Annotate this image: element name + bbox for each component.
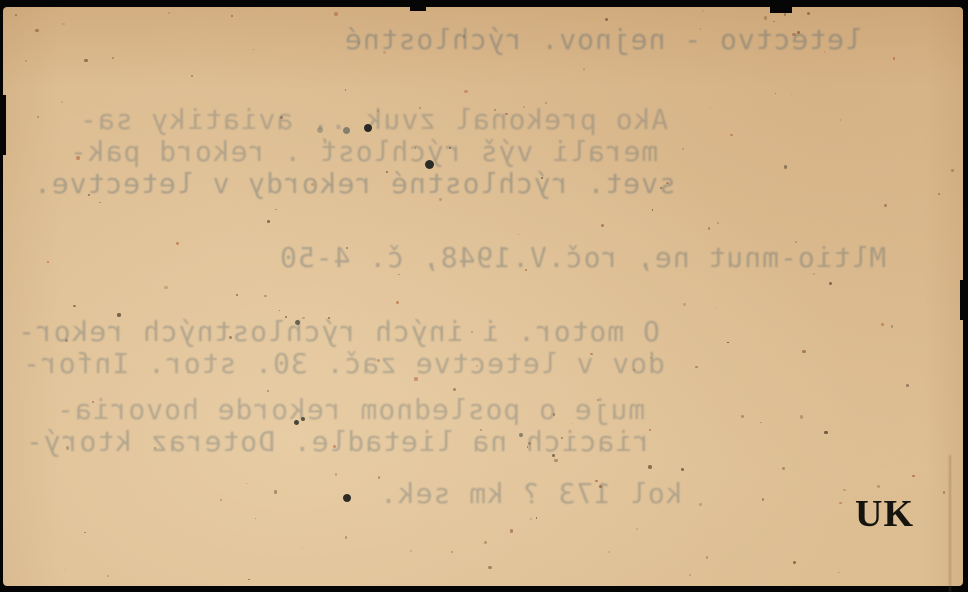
speckle	[231, 15, 233, 17]
speckle	[248, 579, 249, 580]
speckle	[891, 325, 894, 328]
speckle	[255, 518, 256, 519]
speckle	[65, 569, 66, 570]
speckle	[906, 384, 909, 387]
ink-dot	[343, 494, 351, 502]
scan-edge-notch	[0, 95, 6, 155]
ink-dot	[317, 127, 323, 133]
speckle	[246, 483, 247, 484]
library-stamp: UK	[855, 492, 914, 536]
speckle	[843, 489, 845, 491]
speckle	[279, 310, 280, 311]
speckle	[61, 101, 63, 103]
speckle	[764, 16, 768, 20]
speckle	[648, 465, 651, 468]
bleed-text-line: muje o poslednom rekorde hovoria-	[56, 394, 645, 426]
speckle	[636, 528, 638, 530]
bleed-text-line: Ako prekonal zvuk .. aviatiky sa-	[79, 104, 668, 136]
ink-dot	[343, 127, 350, 134]
speckle	[716, 307, 717, 308]
speckle	[84, 532, 85, 533]
bleed-text-line: kol 173 ? km sek.	[379, 478, 683, 510]
bleed-text-line: svet. rýchlostné rekordy v letectve.	[33, 168, 676, 200]
speckle	[912, 475, 914, 477]
speckle	[510, 529, 513, 532]
speckle	[464, 90, 467, 93]
speckle	[15, 14, 17, 16]
speckle	[334, 12, 337, 15]
speckle	[784, 13, 786, 15]
speckle	[708, 227, 710, 229]
speckle	[345, 536, 347, 538]
speckle	[488, 566, 492, 570]
speckle	[274, 490, 277, 493]
ink-dot	[301, 417, 305, 421]
speckle	[791, 94, 792, 95]
speckle	[608, 551, 610, 553]
ink-dot	[519, 433, 523, 437]
speckle	[782, 467, 785, 470]
speckle	[267, 390, 269, 392]
scan-edge-notch	[410, 7, 426, 11]
speckle	[236, 294, 238, 296]
scanned-card-image: letectvo - nejnov. rýchlostnéAko prekona…	[0, 0, 968, 592]
scan-edge-notch	[960, 280, 968, 320]
speckle	[839, 502, 842, 505]
ink-dot	[295, 320, 300, 325]
speckle	[802, 350, 806, 354]
ink-dot	[425, 160, 434, 169]
speckle	[773, 21, 775, 23]
paper-crease	[949, 455, 951, 592]
speckle	[943, 491, 946, 494]
speckle	[784, 165, 787, 168]
speckle	[695, 366, 698, 369]
scan-edge-notch	[770, 7, 792, 13]
ink-dot	[364, 124, 372, 132]
bleed-text-line: Mltio-mnut ne, roč.V.1948, č. 4-50	[279, 242, 886, 274]
bleed-text-line: riacich na lietadle. Doteraz ktorý-	[25, 426, 650, 458]
speckle	[396, 301, 399, 304]
speckle	[702, 10, 704, 12]
bleed-text-line: letectvo - nejnov. rýchlostné	[344, 24, 862, 56]
speckle	[47, 261, 49, 263]
bleed-text-line: O motor. i iných rýchlostných rekor-	[17, 316, 660, 348]
ink-dot	[294, 420, 299, 425]
speckle	[951, 169, 954, 172]
speckle	[699, 503, 702, 506]
speckle	[807, 12, 811, 16]
speckle	[107, 575, 108, 576]
speckle	[824, 431, 827, 434]
speckle	[164, 286, 168, 290]
bleed-text-line: merali výš rýchlosť . rekord pak-	[69, 136, 658, 168]
bleed-text-line: dov v letectve zač. 30. stor. Infor-	[22, 348, 665, 380]
speckle	[275, 209, 276, 210]
